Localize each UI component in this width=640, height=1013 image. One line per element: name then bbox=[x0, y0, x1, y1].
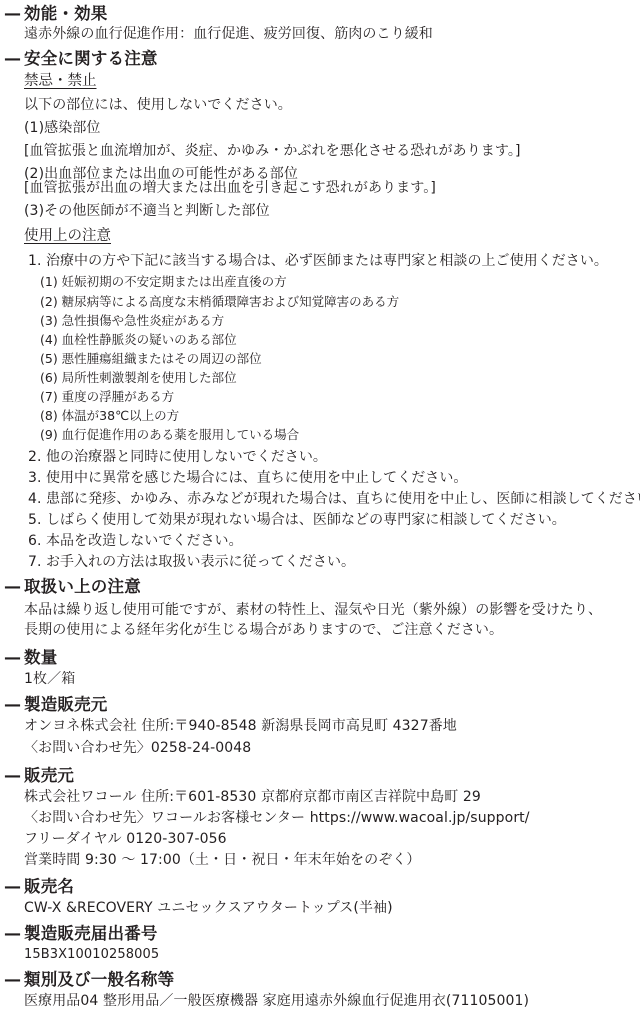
distributor-line: 株式会社ワコール 住所:〒601-8530 京都府京都市南区吉祥院中島町 29 bbox=[24, 790, 481, 804]
category-body: 医療用品04 整形用品／一般医療機器 家庭用遠赤外線血行促進用衣(7110500… bbox=[24, 994, 529, 1008]
usage-item: 2. 他の治療器と同時に使用しないでください。 bbox=[28, 450, 327, 464]
section-title-safety: 安全に関する注意 bbox=[24, 51, 158, 68]
section-title-quantity: 数量 bbox=[24, 650, 57, 667]
section-title-handling: 取扱い上の注意 bbox=[24, 579, 141, 596]
usage-subitem: (2) 糖尿病等による高度な末梢循環障害および知覚障害のある方 bbox=[40, 296, 399, 309]
contraindication-line: (1)感染部位 bbox=[24, 121, 101, 135]
section-title-efficacy: 効能・効果 bbox=[24, 6, 108, 23]
section-dash: — bbox=[4, 6, 21, 23]
usage-subitem: (7) 重度の浮腫がある方 bbox=[40, 391, 174, 404]
section-dash: — bbox=[4, 926, 21, 943]
usage-subitem: (8) 体温が38℃以上の方 bbox=[40, 410, 179, 423]
section-title-product-name: 販売名 bbox=[24, 879, 74, 896]
section-title-distributor: 販売元 bbox=[24, 768, 74, 785]
usage-subitem: (3) 急性損傷や急性炎症がある方 bbox=[40, 315, 224, 328]
distributor-line: フリーダイヤル 0120-307-056 bbox=[24, 832, 227, 846]
contraindication-line: (3)その他医師が不適当と判断した部位 bbox=[24, 204, 270, 218]
contraindication-line: (2)出血部位または出血の可能性がある部位 bbox=[24, 167, 298, 181]
usage-item: 7. お手入れの方法は取扱い表示に従ってください。 bbox=[28, 555, 355, 569]
usage-subitem: (4) 血栓性静脈炎の疑いのある部位 bbox=[40, 334, 237, 347]
product-name-body: CW-X &RECOVERY ユニセックスアウタートップス(半袖) bbox=[24, 901, 393, 915]
usage-item: 4. 患部に発疹、かゆみ、赤みなどが現れた場合は、直ちに使用を中止し、医師に相談… bbox=[28, 492, 640, 506]
usage-subitem: (9) 血行促進作用のある薬を服用している場合 bbox=[40, 429, 299, 442]
section-dash: — bbox=[4, 879, 21, 896]
contraindications-intro: 以下の部位には、使用しないでください。 bbox=[24, 98, 292, 112]
manufacturer-line: 〈お問い合わせ先〉0258-24-0048 bbox=[24, 741, 251, 755]
subsection-title-contraindications: 禁忌・禁止 bbox=[24, 74, 97, 89]
section-dash: — bbox=[4, 697, 21, 714]
section-dash: — bbox=[4, 972, 21, 989]
section-title-manufacturer: 製造販売元 bbox=[24, 697, 108, 714]
quantity-body: 1枚／箱 bbox=[24, 672, 75, 686]
section-dash: — bbox=[4, 650, 21, 667]
contraindication-line: [血管拡張が出血の増大または出血を引き起こす恐れがあります。] bbox=[24, 181, 436, 195]
usage-subitem: (5) 悪性腫瘍組織またはその周辺の部位 bbox=[40, 353, 262, 366]
distributor-line: 〈お問い合わせ先〉ワコールお客様センター https://www.wacoal.… bbox=[24, 811, 530, 825]
distributor-line: 営業時間 9:30 ～ 17:00（土・日・祝日・年末年始をのぞく） bbox=[24, 853, 421, 867]
handling-body-line: 長期の使用による経年劣化が生じる場合がありますので、ご注意ください。 bbox=[24, 623, 503, 637]
efficacy-body: 遠赤外線の血行促進作用：血行促進、疲労回復、筋肉のこり緩和 bbox=[24, 27, 433, 41]
usage-item: 1. 治療中の方や下記に該当する場合は、必ず医師または専門家と相談の上ご使用くだ… bbox=[28, 254, 608, 268]
handling-body-line: 本品は繰り返し使用可能ですが、素材の特性上、湿気や日光（紫外線）の影響を受けたり… bbox=[24, 603, 602, 617]
manufacturer-line: オンヨネ株式会社 住所:〒940-8548 新潟県長岡市高見町 4327番地 bbox=[24, 719, 457, 733]
usage-item: 6. 本品を改造しないでください。 bbox=[28, 534, 243, 548]
section-dash: — bbox=[4, 579, 21, 596]
usage-subitem: (1) 妊娠初期の不安定期または出産直後の方 bbox=[40, 276, 287, 289]
usage-subitem: (6) 局所性刺激製剤を使用した部位 bbox=[40, 372, 237, 385]
section-title-registration: 製造販売届出番号 bbox=[24, 926, 158, 943]
section-title-category: 類別及び一般名称等 bbox=[24, 972, 174, 989]
section-dash: — bbox=[4, 51, 21, 68]
subsection-title-usage: 使用上の注意 bbox=[24, 229, 111, 244]
usage-item: 3. 使用中に異常を感じた場合には、直ちに使用を中止してください。 bbox=[28, 471, 467, 485]
usage-item: 5. しばらく使用して効果が現れない場合は、医師などの専門家に相談してください。 bbox=[28, 513, 566, 527]
registration-number: 15B3X10010258005 bbox=[24, 948, 159, 961]
contraindication-line: [血管拡張と血流増加が、炎症、かゆみ・かぶれを悪化させる恐れがあります。] bbox=[24, 144, 521, 158]
section-dash: — bbox=[4, 768, 21, 785]
